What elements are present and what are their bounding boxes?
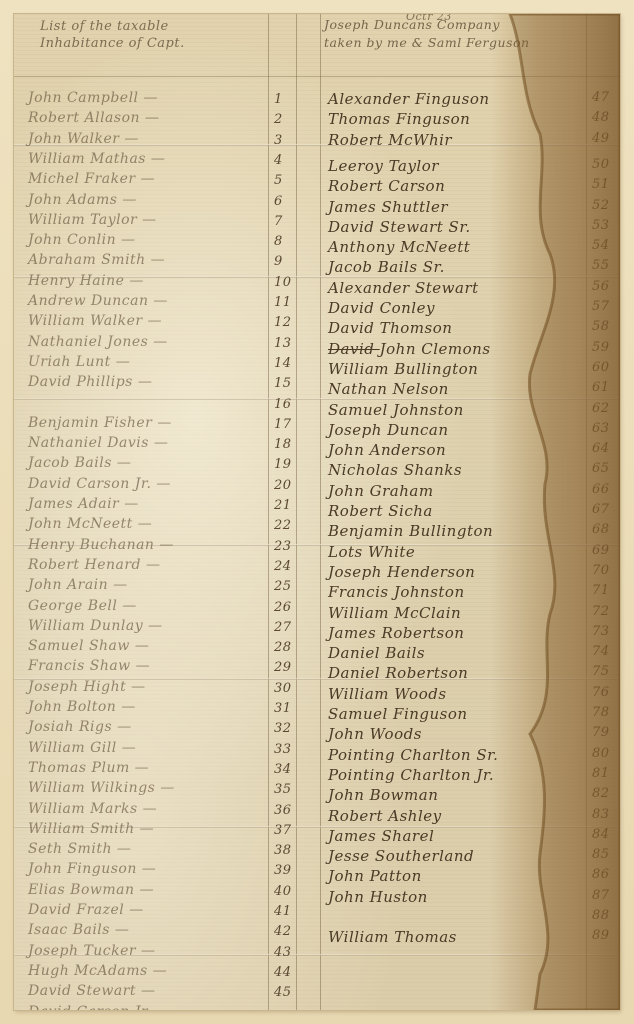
right-entry-number: 85: [592, 847, 610, 862]
left-entry-name: Joseph Hight —: [28, 679, 146, 695]
entry-number: 26: [274, 600, 292, 615]
left-entry-name: David Stewart —: [28, 983, 155, 999]
left-entry-name: Henry Buchanan —: [28, 537, 174, 553]
left-entry-name: David Carson Jr. —: [28, 476, 171, 492]
left-entry-name: David Carson Jr. —: [28, 1004, 171, 1011]
entry-number: 44: [274, 965, 292, 980]
entry-number: 19: [274, 457, 292, 472]
right-entry-number: 64: [592, 441, 610, 456]
right-entry-name: David Conley: [328, 299, 435, 317]
right-entry-number: 72: [592, 604, 610, 619]
left-entry-name: Isaac Bails —: [28, 922, 129, 938]
left-entry-name: William Gill —: [28, 740, 136, 756]
header-rule: [14, 76, 620, 77]
right-entry-number: 62: [592, 401, 610, 416]
entry-number: 41: [274, 904, 292, 919]
entry-number: 38: [274, 843, 292, 858]
right-entry-name: William Bullington: [328, 360, 478, 378]
right-entry-name: Pointing Charlton Sr.: [328, 746, 498, 764]
right-entry-name: William Woods: [328, 685, 447, 703]
entry-number: 4: [274, 153, 283, 168]
entry-number: 12: [274, 315, 292, 330]
right-entry-name: Anthony McNeett: [328, 238, 470, 256]
right-entry-name: Pointing Charlton Jr.: [328, 766, 494, 784]
entry-number: 22: [274, 518, 292, 533]
right-entry-number: 88: [592, 908, 610, 923]
entry-number: 1: [274, 92, 283, 107]
right-entry-number: 61: [592, 380, 610, 395]
manuscript-page: List of the taxable Inhabitance of Capt.…: [14, 14, 620, 1010]
entry-number: 6: [274, 194, 283, 209]
right-entry-name: Jesse Southerland: [328, 847, 474, 865]
right-entry-number: 78: [592, 705, 610, 720]
right-entry-number: 67: [592, 502, 610, 517]
right-entry-name: Nicholas Shanks: [328, 461, 462, 479]
right-entry-name: Robert McWhir: [328, 131, 452, 149]
left-entry-name: Jacob Bails —: [28, 455, 131, 471]
entry-number: 5: [274, 173, 283, 188]
column-rule-right-names: [320, 14, 321, 1010]
right-entry-name: John Patton: [328, 867, 422, 885]
right-entry-number: 69: [592, 543, 610, 558]
title-line: Joseph Duncans Company: [324, 16, 530, 34]
right-entry-name: Thomas Finguson: [328, 110, 470, 128]
left-entry-name: Joseph Tucker —: [28, 943, 156, 959]
struck-word: David: [328, 340, 380, 358]
entry-number: 24: [274, 559, 292, 574]
right-entry-name: Benjamin Bullington: [328, 522, 493, 540]
left-entry-name: John Conlin —: [28, 232, 136, 248]
column-rule-middle: [296, 14, 297, 1010]
left-entry-name: William Marks —: [28, 801, 157, 817]
entry-number: 3: [274, 133, 283, 148]
left-entry-name: Andrew Duncan —: [28, 293, 168, 309]
right-entry-number: 76: [592, 685, 610, 700]
right-entry-name: Robert Ashley: [328, 807, 442, 825]
right-entry-number: 84: [592, 827, 610, 842]
left-entry-name: Benjamin Fisher —: [28, 415, 172, 431]
entry-number: 29: [274, 660, 292, 675]
title-line: taken by me & Saml Ferguson: [324, 34, 530, 52]
left-entry-name: David Frazel —: [28, 902, 144, 918]
right-entry-number: 59: [592, 340, 610, 355]
right-entry-number: 79: [592, 725, 610, 740]
right-entry-name: John Graham: [328, 482, 434, 500]
entry-number: 13: [274, 336, 292, 351]
right-entry-name: Jacob Bails Sr.: [328, 258, 445, 276]
right-entry-name: Daniel Robertson: [328, 664, 468, 682]
right-entry-number: 54: [592, 238, 610, 253]
fold-line: [14, 398, 620, 400]
right-entry-number: 55: [592, 258, 610, 273]
left-entry-name: John McNeett —: [28, 516, 152, 532]
entry-number: 40: [274, 884, 292, 899]
left-entry-name: William Taylor —: [28, 212, 157, 228]
right-entry-name: Samuel Johnston: [328, 401, 464, 419]
right-entry-name: Leeroy Taylor: [328, 157, 439, 175]
right-entry-name: David John Clemons: [328, 340, 491, 358]
left-entry-name: Hugh McAdams —: [28, 963, 167, 979]
entry-number: 36: [274, 803, 292, 818]
document-title-left: List of the taxable Inhabitance of Capt.: [40, 18, 185, 52]
right-entry-number: 56: [592, 279, 610, 294]
document-title-right: Joseph Duncans Company taken by me & Sam…: [324, 16, 530, 52]
entry-number: 31: [274, 701, 292, 716]
right-entry-name: John Bowman: [328, 786, 438, 804]
entry-number: 33: [274, 742, 292, 757]
right-entry-name: Robert Carson: [328, 177, 445, 195]
right-entry-number: 60: [592, 360, 610, 375]
entry-number: 8: [274, 234, 283, 249]
left-entry-name: William Walker —: [28, 313, 162, 329]
left-entry-name: John Finguson —: [28, 861, 156, 877]
right-entry-number: 87: [592, 888, 610, 903]
left-entry-name: George Bell —: [28, 598, 137, 614]
right-entry-number: 51: [592, 177, 610, 192]
title-line: List of the taxable: [40, 18, 185, 35]
right-entry-number: 58: [592, 319, 610, 334]
left-entry-name: William Mathas —: [28, 151, 165, 167]
entry-number: 28: [274, 640, 292, 655]
left-entry-name: Elias Bowman —: [28, 882, 154, 898]
right-entry-number: 47: [592, 90, 610, 105]
left-entry-name: Uriah Lunt —: [28, 354, 130, 370]
entry-number: 10: [274, 275, 292, 290]
left-entry-name: John Adams —: [28, 192, 137, 208]
entry-number: 18: [274, 437, 292, 452]
entry-number: 37: [274, 823, 292, 838]
right-entry-number: 81: [592, 766, 610, 781]
right-entry-number: 66: [592, 482, 610, 497]
right-entry-name: Lots White: [328, 543, 415, 561]
column-rule-right-numbers: [586, 14, 587, 1010]
entry-number: 45: [274, 985, 292, 1000]
left-entry-name: John Bolton —: [28, 699, 136, 715]
left-entry-name: Josiah Rigs —: [28, 719, 132, 735]
right-entry-name: Daniel Bails: [328, 644, 425, 662]
right-entry-name: Francis Johnston: [328, 583, 465, 601]
left-entry-name: William Dunlay —: [28, 618, 163, 634]
right-entry-number: 89: [592, 928, 610, 943]
right-entry-name: Joseph Duncan: [328, 421, 449, 439]
right-entry-number: 70: [592, 563, 610, 578]
entry-number: 16: [274, 397, 292, 412]
entry-number: 20: [274, 478, 292, 493]
right-entry-name: John Woods: [328, 725, 422, 743]
left-entry-name: Henry Haine —: [28, 273, 144, 289]
left-entry-name: William Wilkings —: [28, 780, 175, 796]
right-entry-name: William Thomas: [328, 928, 457, 946]
right-entry-number: 57: [592, 299, 610, 314]
right-entry-name: Robert Sicha: [328, 502, 433, 520]
entry-number: 7: [274, 214, 283, 229]
entry-number: 2: [274, 112, 283, 127]
left-entry-name: William Smith —: [28, 821, 154, 837]
right-entry-name: Nathan Nelson: [328, 380, 449, 398]
right-entry-number: 68: [592, 522, 610, 537]
left-entry-name: Robert Henard —: [28, 557, 160, 573]
right-entry-name: John Anderson: [328, 441, 446, 459]
entry-number: 27: [274, 620, 292, 635]
left-entry-name: Nathaniel Jones —: [28, 334, 168, 350]
right-entry-number: 80: [592, 746, 610, 761]
left-entry-name: John Walker —: [28, 131, 139, 147]
left-entry-name: John Campbell —: [28, 90, 158, 106]
right-entry-number: 53: [592, 218, 610, 233]
right-entry-number: 49: [592, 131, 610, 146]
right-entry-number: 52: [592, 198, 610, 213]
entry-number: 17: [274, 417, 292, 432]
entry-number: 39: [274, 863, 292, 878]
right-entry-name: John Huston: [328, 888, 428, 906]
right-entry-name: James Sharel: [328, 827, 434, 845]
left-entry-name: Francis Shaw —: [28, 658, 150, 674]
right-entry-name: David Thomson: [328, 319, 452, 337]
right-entry-name: Alexander Finguson: [328, 90, 490, 108]
right-entry-number: 65: [592, 461, 610, 476]
right-entry-number: 75: [592, 664, 610, 679]
entry-number: 21: [274, 498, 292, 513]
right-entry-number: 86: [592, 867, 610, 882]
left-entry-name: Nathaniel Davis —: [28, 435, 168, 451]
entry-number: 23: [274, 539, 292, 554]
left-entry-name: John Arain —: [28, 577, 128, 593]
right-entry-number: 50: [592, 157, 610, 172]
left-entry-name: Thomas Plum —: [28, 760, 149, 776]
left-entry-name: David Phillips —: [28, 374, 152, 390]
left-entry-name: Samuel Shaw —: [28, 638, 149, 654]
right-entry-name: James Shuttler: [328, 198, 448, 216]
entry-number: 30: [274, 681, 292, 696]
left-entry-name: Michel Fraker —: [28, 171, 155, 187]
right-entry-number: 74: [592, 644, 610, 659]
right-entry-name: Alexander Stewart: [328, 279, 479, 297]
column-rule-left-numbers: [268, 14, 269, 1010]
right-entry-number: 48: [592, 110, 610, 125]
right-entry-number: 83: [592, 807, 610, 822]
entry-number: 11: [274, 295, 292, 310]
right-entry-name: William McClain: [328, 604, 461, 622]
right-entry-number: 73: [592, 624, 610, 639]
entry-number: 35: [274, 782, 292, 797]
right-entry-name: David Stewart Sr.: [328, 218, 471, 236]
right-entry-number: 63: [592, 421, 610, 436]
entry-number: 42: [274, 924, 292, 939]
right-entry-number: 82: [592, 786, 610, 801]
right-entry-name: Joseph Henderson: [328, 563, 475, 581]
right-entry-name: Samuel Finguson: [328, 705, 468, 723]
entry-number: 43: [274, 945, 292, 960]
entry-number: 15: [274, 376, 292, 391]
right-entry-name: James Robertson: [328, 624, 464, 642]
entry-number: 32: [274, 721, 292, 736]
entry-number: 34: [274, 762, 292, 777]
left-entry-name: Seth Smith —: [28, 841, 131, 857]
title-line: Inhabitance of Capt.: [40, 35, 185, 52]
entry-number: 25: [274, 579, 292, 594]
left-entry-name: James Adair —: [28, 496, 139, 512]
left-entry-name: Abraham Smith —: [28, 252, 165, 268]
right-entry-number: 71: [592, 583, 610, 598]
entry-number: 14: [274, 356, 292, 371]
entry-number: 9: [274, 254, 283, 269]
left-entry-name: Robert Allason —: [28, 110, 159, 126]
